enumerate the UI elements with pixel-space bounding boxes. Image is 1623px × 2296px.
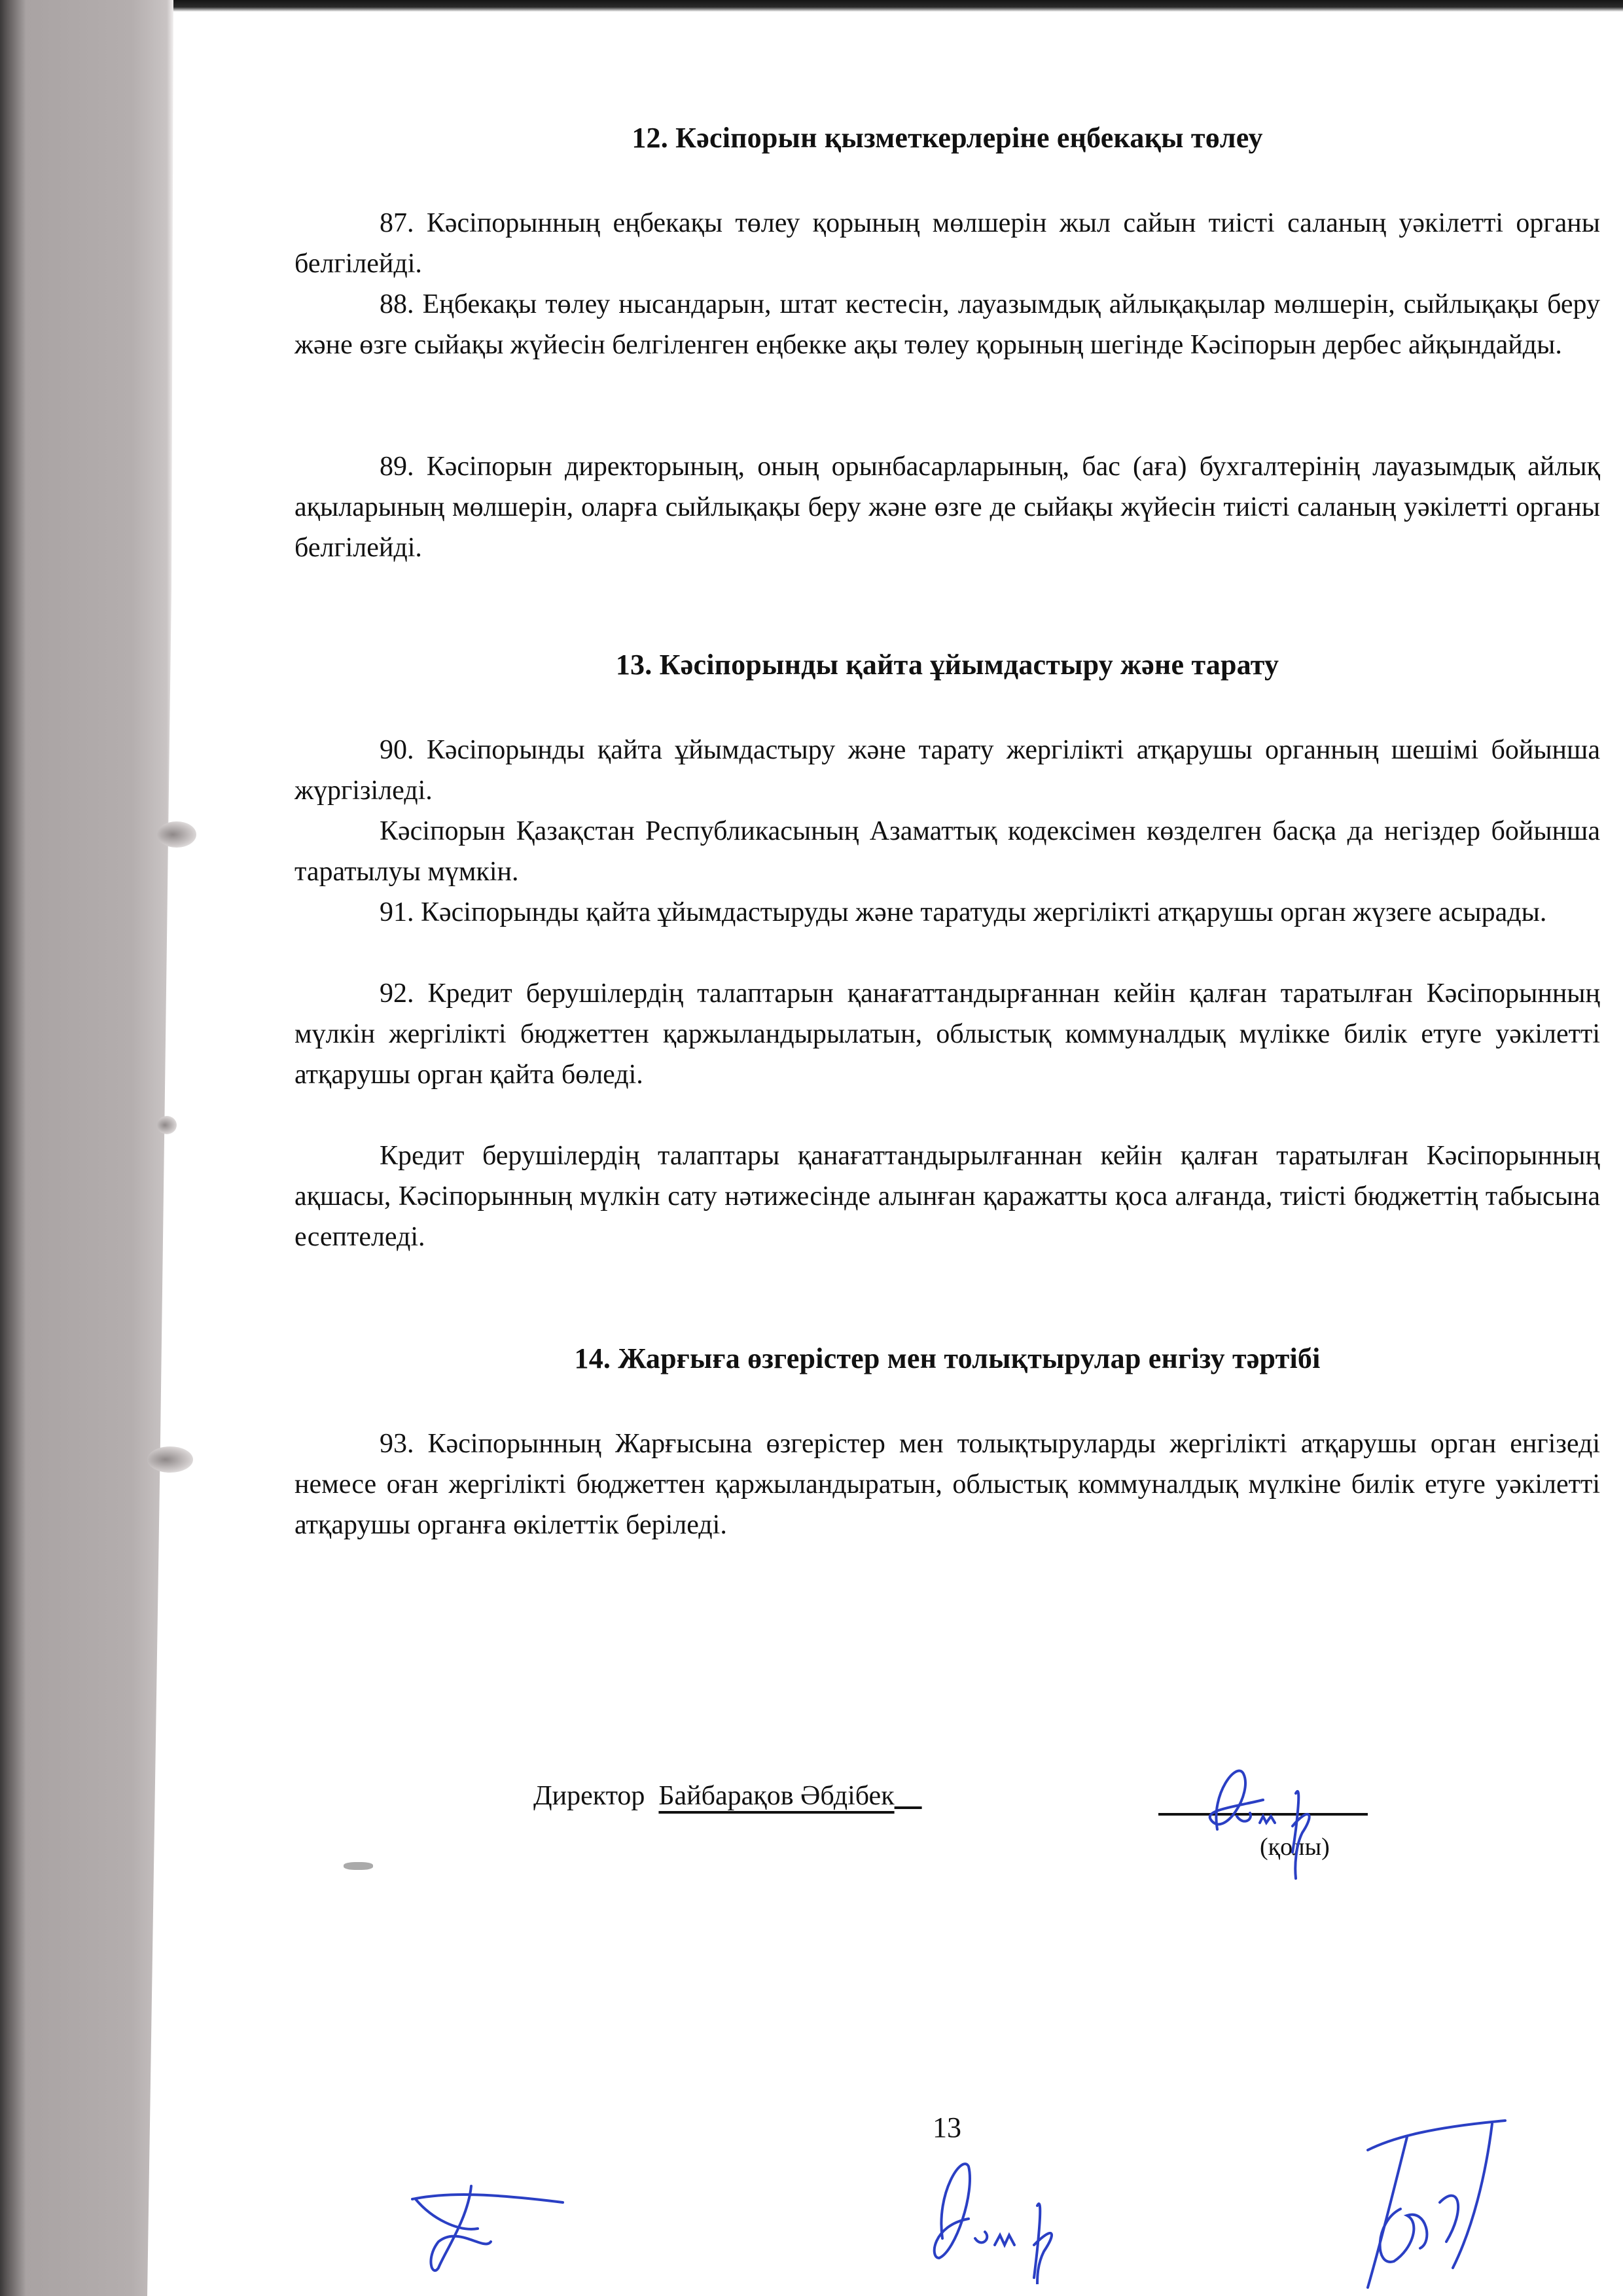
director-signature xyxy=(1198,1754,1414,1885)
punch-hole-3 xyxy=(147,1446,193,1473)
paragraph-93: 93. Кәсіпорынның Жарғысына өзгерістер ме… xyxy=(294,1424,1600,1545)
punch-hole-2 xyxy=(157,1116,177,1134)
paragraph-91: 91. Кәсіпорынды қайта ұйымдастыруды және… xyxy=(294,892,1600,933)
initials-signature-left xyxy=(406,2179,576,2278)
paragraph-90: 90. Кәсіпорынды қайта ұйымдастыру және т… xyxy=(294,730,1600,811)
section-14-heading: 14. Жарғыға өзгерістер мен толықтырулар … xyxy=(294,1342,1600,1375)
signature-row: Директор Байбарақов Әбдібек xyxy=(533,1780,922,1812)
paragraph-87: 87. Кәсіпорынның еңбекақы төлеу қорының … xyxy=(294,203,1600,284)
paragraph-90-continuation: Кәсіпорын Қазақстан Республикасының Азам… xyxy=(294,811,1600,892)
initials-signature-right xyxy=(1355,2111,1525,2294)
paragraph-88: 88. Еңбекақы төлеу нысандарын, штат кест… xyxy=(294,284,1600,365)
page-number: 13 xyxy=(933,2111,961,2144)
paragraph-92: 92. Кредит берушілердің талаптарын қанағ… xyxy=(294,973,1600,1095)
signatory-title: Директор xyxy=(533,1781,645,1811)
punch-hole-1 xyxy=(157,821,196,848)
paragraph-89: 89. Кәсіпорын директорының, оның орынбас… xyxy=(294,446,1600,568)
paragraph-92-continuation: Кредит берушілердің талаптары қанағаттан… xyxy=(294,1136,1600,1257)
signatory-name: Байбарақов Әбдібек xyxy=(658,1781,894,1811)
scan-left-margin-shadow xyxy=(0,0,173,2296)
section-12-heading: 12. Кәсіпорын қызметкерлеріне еңбекақы т… xyxy=(294,121,1600,154)
initials-signature-center xyxy=(903,2153,1113,2284)
section-13-heading: 13. Кәсіпорынды қайта ұйымдастыру және т… xyxy=(294,648,1600,681)
document-page: 12. Кәсіпорын қызметкерлеріне еңбекақы т… xyxy=(294,0,1600,2296)
